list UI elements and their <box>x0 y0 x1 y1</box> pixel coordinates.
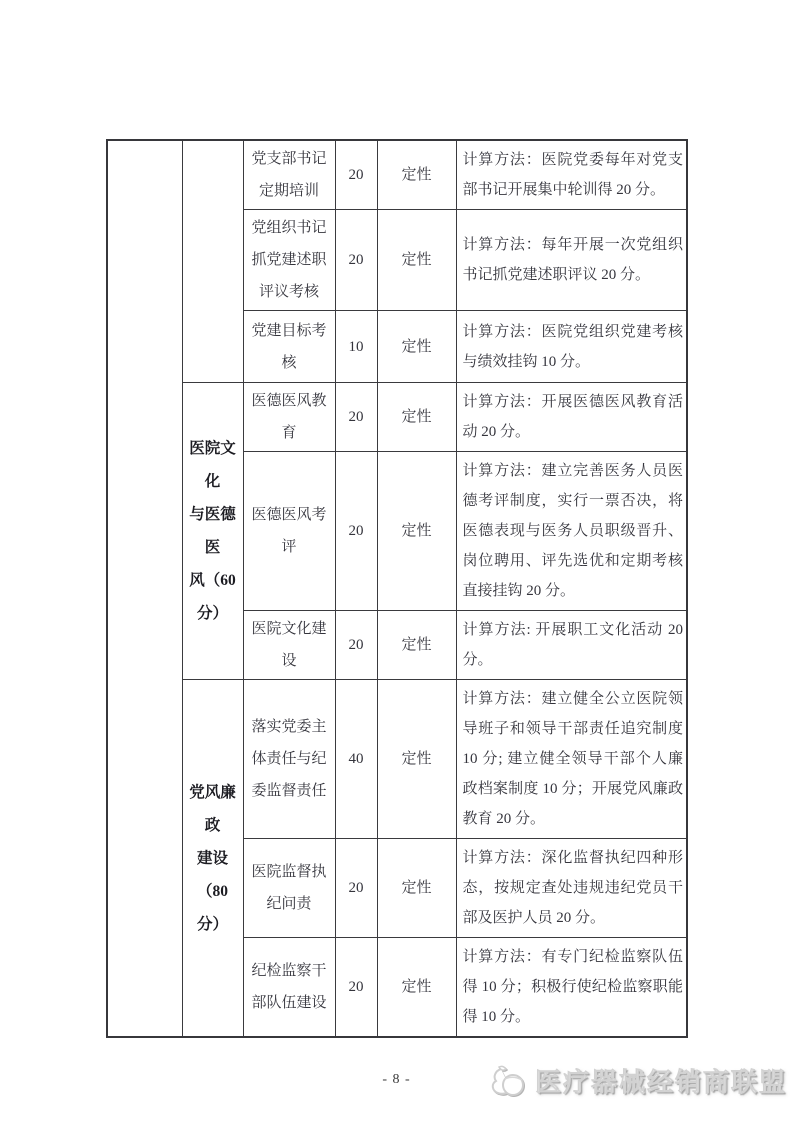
item-cell: 党建目标考 核 <box>243 311 335 383</box>
score-cell: 20 <box>335 210 377 311</box>
document-page: 党支部书记 定期培训 20 定性 计算方法：医院党委每年对党支部书记开展集中轮训… <box>0 0 793 1122</box>
left-spanner-cell <box>107 140 182 1037</box>
method-cell: 计算方法: 开展职工文化活动 20 分。 <box>456 611 687 680</box>
method-cell: 计算方法：深化监督执纪四种形态，按规定查处违规违纪党员干部及医护人员 20 分。 <box>456 839 687 938</box>
score-cell: 20 <box>335 839 377 938</box>
assessment-table: 党支部书记 定期培训 20 定性 计算方法：医院党委每年对党支部书记开展集中轮训… <box>106 139 688 1038</box>
item-cell: 党组织书记 抓党建述职 评议考核 <box>243 210 335 311</box>
method-cell: 计算方法：医院党组织党建考核与绩效挂钩 10 分。 <box>456 311 687 383</box>
item-cell: 党支部书记 定期培训 <box>243 140 335 210</box>
item-cell: 纪检监察干 部队伍建设 <box>243 938 335 1038</box>
score-cell: 20 <box>335 140 377 210</box>
nature-cell: 定性 <box>377 680 456 839</box>
item-cell: 医院文化建 设 <box>243 611 335 680</box>
method-cell: 计算方法：有专门纪检监察队伍得 10 分；积极行使纪检监察职能得 10 分。 <box>456 938 687 1038</box>
nature-cell: 定性 <box>377 311 456 383</box>
score-cell: 20 <box>335 611 377 680</box>
category-cell: 医院文化 与医德医 风（60分） <box>182 383 243 680</box>
dove-globe-icon <box>489 1063 529 1099</box>
score-cell: 20 <box>335 383 377 452</box>
item-cell: 医德医风教 育 <box>243 383 335 452</box>
item-cell: 医院监督执 纪问责 <box>243 839 335 938</box>
category-cell: 党风廉政 建设（80 分） <box>182 680 243 1038</box>
nature-cell: 定性 <box>377 938 456 1038</box>
table-row: 党风廉政 建设（80 分） 落实党委主 体责任与纪 委监督责任 40 定性 计算… <box>107 680 687 839</box>
nature-cell: 定性 <box>377 140 456 210</box>
nature-cell: 定性 <box>377 611 456 680</box>
nature-cell: 定性 <box>377 839 456 938</box>
score-cell: 10 <box>335 311 377 383</box>
method-cell: 计算方法：建立健全公立医院领导班子和领导干部责任追究制度 10 分; 建立健全领… <box>456 680 687 839</box>
method-cell: 计算方法：医院党委每年对党支部书记开展集中轮训得 20 分。 <box>456 140 687 210</box>
method-cell: 计算方法：每年开展一次党组织书记抓党建述职评议 20 分。 <box>456 210 687 311</box>
score-cell: 20 <box>335 938 377 1038</box>
score-cell: 40 <box>335 680 377 839</box>
method-cell: 计算方法：开展医德医风教育活动 20 分。 <box>456 383 687 452</box>
watermark: 医疗器械经销商联盟 <box>489 1062 787 1099</box>
nature-cell: 定性 <box>377 383 456 452</box>
watermark-text: 医疗器械经销商联盟 <box>535 1062 787 1099</box>
score-cell: 20 <box>335 452 377 611</box>
table-row: 党支部书记 定期培训 20 定性 计算方法：医院党委每年对党支部书记开展集中轮训… <box>107 140 687 210</box>
item-cell: 医德医风考 评 <box>243 452 335 611</box>
category-cell <box>182 140 243 383</box>
method-cell: 计算方法：建立完善医务人员医德考评制度，实行一票否决，将医德表现与医务人员职级晋… <box>456 452 687 611</box>
item-cell: 落实党委主 体责任与纪 委监督责任 <box>243 680 335 839</box>
nature-cell: 定性 <box>377 210 456 311</box>
nature-cell: 定性 <box>377 452 456 611</box>
table-row: 医院文化 与医德医 风（60分） 医德医风教 育 20 定性 计算方法：开展医德… <box>107 383 687 452</box>
